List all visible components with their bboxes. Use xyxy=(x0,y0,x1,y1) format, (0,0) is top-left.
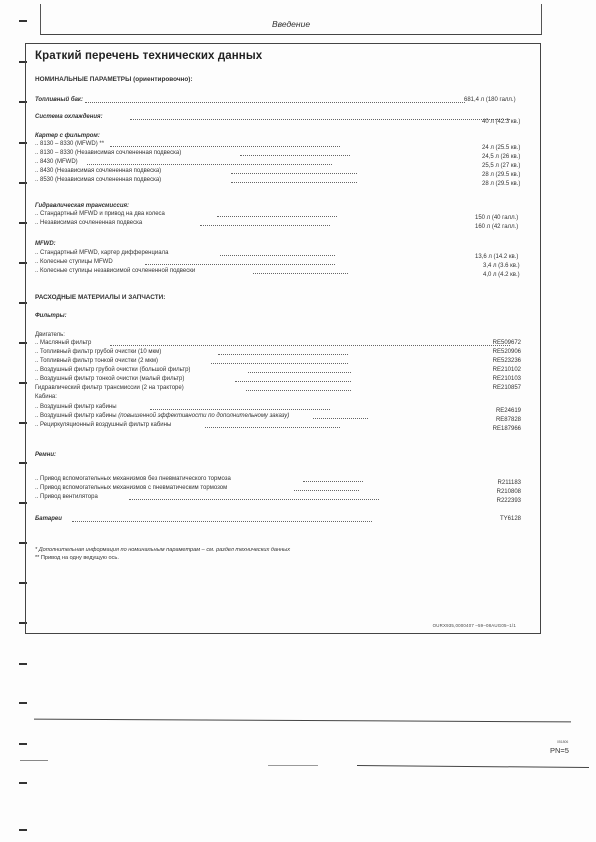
dot-leader xyxy=(87,164,332,165)
binding-mark xyxy=(19,829,27,831)
dot-leader xyxy=(72,521,372,522)
spec-label: Топливный бак: xyxy=(35,97,83,103)
dot-leader xyxy=(303,481,363,482)
dot-leader xyxy=(248,372,351,373)
spec-row-fuel-tank: Топливный бак: 681,4 л (180 галл.) xyxy=(35,97,530,106)
group-label: Двигатель: xyxy=(35,332,65,338)
spec-row-cooling: Система охлаждения: 40 л (42.3 кв.) xyxy=(35,114,530,123)
footer-rule xyxy=(357,765,589,768)
part-label: .. Привод вспомогательных механизмов без… xyxy=(35,476,231,482)
spec-row: .. Колесные ступицы MFWD 3,4 л (3.6 кв.) xyxy=(35,259,530,268)
dot-leader xyxy=(231,173,357,174)
spec-row: .. 8430 (Независимая сочлененная подвеск… xyxy=(35,168,530,177)
section-title: Введение xyxy=(41,19,541,29)
binding-mark xyxy=(19,663,27,665)
spec-row: .. Стандартный MFWD, картер дифференциал… xyxy=(35,250,530,259)
part-row: .. Привод вентилятора R222393 xyxy=(35,494,530,503)
part-number: RE523236 xyxy=(493,358,521,364)
dot-leader xyxy=(145,264,335,265)
spec-row: .. Независимая сочлененная подвеска 160 … xyxy=(35,220,530,229)
part-label: .. Рециркуляционный воздушный фильтр каб… xyxy=(35,422,171,428)
dot-leader xyxy=(218,354,348,355)
spec-label: .. 8430 (MFWD) xyxy=(35,159,78,165)
part-label: .. Воздушный фильтр кабины xyxy=(35,404,117,410)
part-label: .. Топливный фильтр тонкой очистки (2 мк… xyxy=(35,358,158,364)
spec-row: .. Стандартный MFWD и привод на два коле… xyxy=(35,211,530,220)
dot-leader xyxy=(235,381,351,382)
belts-heading: Ремни: xyxy=(35,452,56,458)
dot-leader xyxy=(110,146,340,147)
part-number: RE520906 xyxy=(493,349,521,355)
dot-leader xyxy=(313,418,368,419)
part-row: .. Воздушный фильтр кабины RE24619 xyxy=(35,404,530,413)
part-row: .. Масляный фильтр RE509672 xyxy=(35,340,530,349)
part-label: .. Воздушный фильтр кабины (повышенной э… xyxy=(35,413,289,419)
part-row: .. Рециркуляционный воздушный фильтр каб… xyxy=(35,422,530,431)
dot-leader xyxy=(150,409,330,410)
crankcase-heading: Картер с фильтром: xyxy=(35,133,100,139)
footnote-1: * Дополнительная информация по номинальн… xyxy=(35,547,290,553)
spec-row: .. 8530 (Независимая сочлененная подвеск… xyxy=(35,177,530,186)
dot-leader xyxy=(110,345,510,346)
part-label: .. Привод вентилятора xyxy=(35,494,98,500)
cab-heading: Кабина: xyxy=(35,394,530,403)
spec-value: 681,4 л (180 галл.) xyxy=(464,97,516,103)
part-label-note: (повышенной эффективности по дополнитель… xyxy=(118,413,289,419)
dot-leader xyxy=(130,119,510,120)
dot-leader xyxy=(129,499,379,500)
filters-heading: Фильтры: xyxy=(35,313,67,319)
spec-row: .. 8430 (MFWD) 25,5 л (27 кв.) xyxy=(35,159,530,168)
part-row: .. Воздушный фильтр кабины (повышенной э… xyxy=(35,413,530,422)
footnote-2: ** Привод на одну ведущую ось. xyxy=(35,555,119,561)
part-row: .. Воздушный фильтр тонкой очистки (малы… xyxy=(35,376,530,385)
part-label: .. Масляный фильтр xyxy=(35,340,91,346)
dot-leader xyxy=(211,363,348,364)
dot-leader xyxy=(253,273,348,274)
dot-leader xyxy=(294,490,359,491)
spec-label: .. 8530 (Независимая сочлененная подвеск… xyxy=(35,177,161,183)
part-number: RE210103 xyxy=(493,376,521,382)
binding-mark xyxy=(19,782,27,784)
page-code: 051806 xyxy=(557,740,568,744)
spec-row: .. 8130 – 8330 (MFWD) ** 24 л (25.5 кв.) xyxy=(35,141,530,150)
spec-label: .. Стандартный MFWD и привод на два коле… xyxy=(35,211,165,217)
nominal-heading: НОМИНАЛЬНЫЕ ПАРАМЕТРЫ (ориентировочно): xyxy=(35,76,193,83)
spec-value: 28 л (29.5 кв.) xyxy=(482,181,520,187)
dot-leader xyxy=(217,216,337,217)
document-code: OURX935,0000407 –59–08AUG05–1/1 xyxy=(433,623,516,628)
part-number: RE187966 xyxy=(493,426,521,432)
part-row: .. Топливный фильтр грубой очистки (10 м… xyxy=(35,349,530,358)
part-label: Гидравлический фильтр трансмиссии (2 на … xyxy=(35,385,184,391)
dot-leader xyxy=(246,390,351,391)
footer-rule-fragment xyxy=(20,760,48,761)
dot-leader xyxy=(85,102,465,103)
hydraulic-heading: Гидравлическая трансмиссия: xyxy=(35,203,129,209)
mfwd-heading: MFWD: xyxy=(35,241,56,247)
part-label: .. Привод вспомогательных механизмов с п… xyxy=(35,485,227,491)
footer-rule xyxy=(34,719,571,723)
spec-label: .. Колесные ступицы независимой сочленен… xyxy=(35,268,195,274)
dot-leader xyxy=(220,255,335,256)
part-number: RE210102 xyxy=(493,367,521,373)
section-header: Введение xyxy=(40,4,542,35)
page-title: Краткий перечень технических данных xyxy=(35,50,262,62)
dot-leader xyxy=(231,182,357,183)
part-row: .. Воздушный фильтр грубой очистки (боль… xyxy=(35,367,530,376)
part-label-main: .. Воздушный фильтр кабины xyxy=(35,413,117,419)
spec-value: 4,0 л (4.2 кв.) xyxy=(483,272,520,278)
part-number: RE210857 xyxy=(493,385,521,391)
part-row: .. Привод вспомогательных механизмов с п… xyxy=(35,485,530,494)
dot-leader xyxy=(200,225,330,226)
spec-label: .. 8130 – 8330 (MFWD) ** xyxy=(35,141,104,147)
tech-data-panel: Краткий перечень технических данных НОМИ… xyxy=(25,43,541,634)
dot-leader xyxy=(205,427,340,428)
part-number: RE509672 xyxy=(493,340,521,346)
part-number: TY6128 xyxy=(500,516,521,522)
part-label: .. Воздушный фильтр грубой очистки (боль… xyxy=(35,367,190,373)
spec-label: .. Колесные ступицы MFWD xyxy=(35,259,113,265)
spec-row: .. 8130 – 8330 (Независимая сочлененная … xyxy=(35,150,530,159)
spec-value: 160 л (42 галл.) xyxy=(475,224,518,230)
footer-rule-fragment xyxy=(268,765,318,766)
spec-label: .. 8130 – 8330 (Независимая сочлененная … xyxy=(35,150,181,156)
binding-mark xyxy=(19,20,27,22)
part-label: .. Топливный фильтр грубой очистки (10 м… xyxy=(35,349,161,355)
consumables-heading: РАСХОДНЫЕ МАТЕРИАЛЫ И ЗАПЧАСТИ: xyxy=(35,294,165,301)
binding-mark xyxy=(19,743,27,745)
spec-label: .. Независимая сочлененная подвеска xyxy=(35,220,142,226)
part-row: .. Привод вспомогательных механизмов без… xyxy=(35,476,530,485)
group-label: Кабина: xyxy=(35,394,57,400)
part-row: .. Топливный фильтр тонкой очистки (2 мк… xyxy=(35,358,530,367)
dot-leader xyxy=(240,155,350,156)
part-label: Батареи xyxy=(35,516,62,522)
part-number: R222393 xyxy=(497,498,521,504)
spec-value: 40 л (42.3 кв.) xyxy=(482,119,520,125)
part-row: Гидравлический фильтр трансмиссии (2 на … xyxy=(35,385,530,394)
part-row-batteries: Батареи TY6128 xyxy=(35,516,530,525)
page-number: PN=5 xyxy=(550,746,569,755)
spec-label: .. Стандартный MFWD, картер дифференциал… xyxy=(35,250,168,256)
spec-label: Система охлаждения: xyxy=(35,114,103,120)
binding-mark xyxy=(19,702,27,704)
spec-label: .. 8430 (Независимая сочлененная подвеск… xyxy=(35,168,161,174)
part-label: .. Воздушный фильтр тонкой очистки (малы… xyxy=(35,376,184,382)
spec-row: .. Колесные ступицы независимой сочленен… xyxy=(35,268,530,277)
